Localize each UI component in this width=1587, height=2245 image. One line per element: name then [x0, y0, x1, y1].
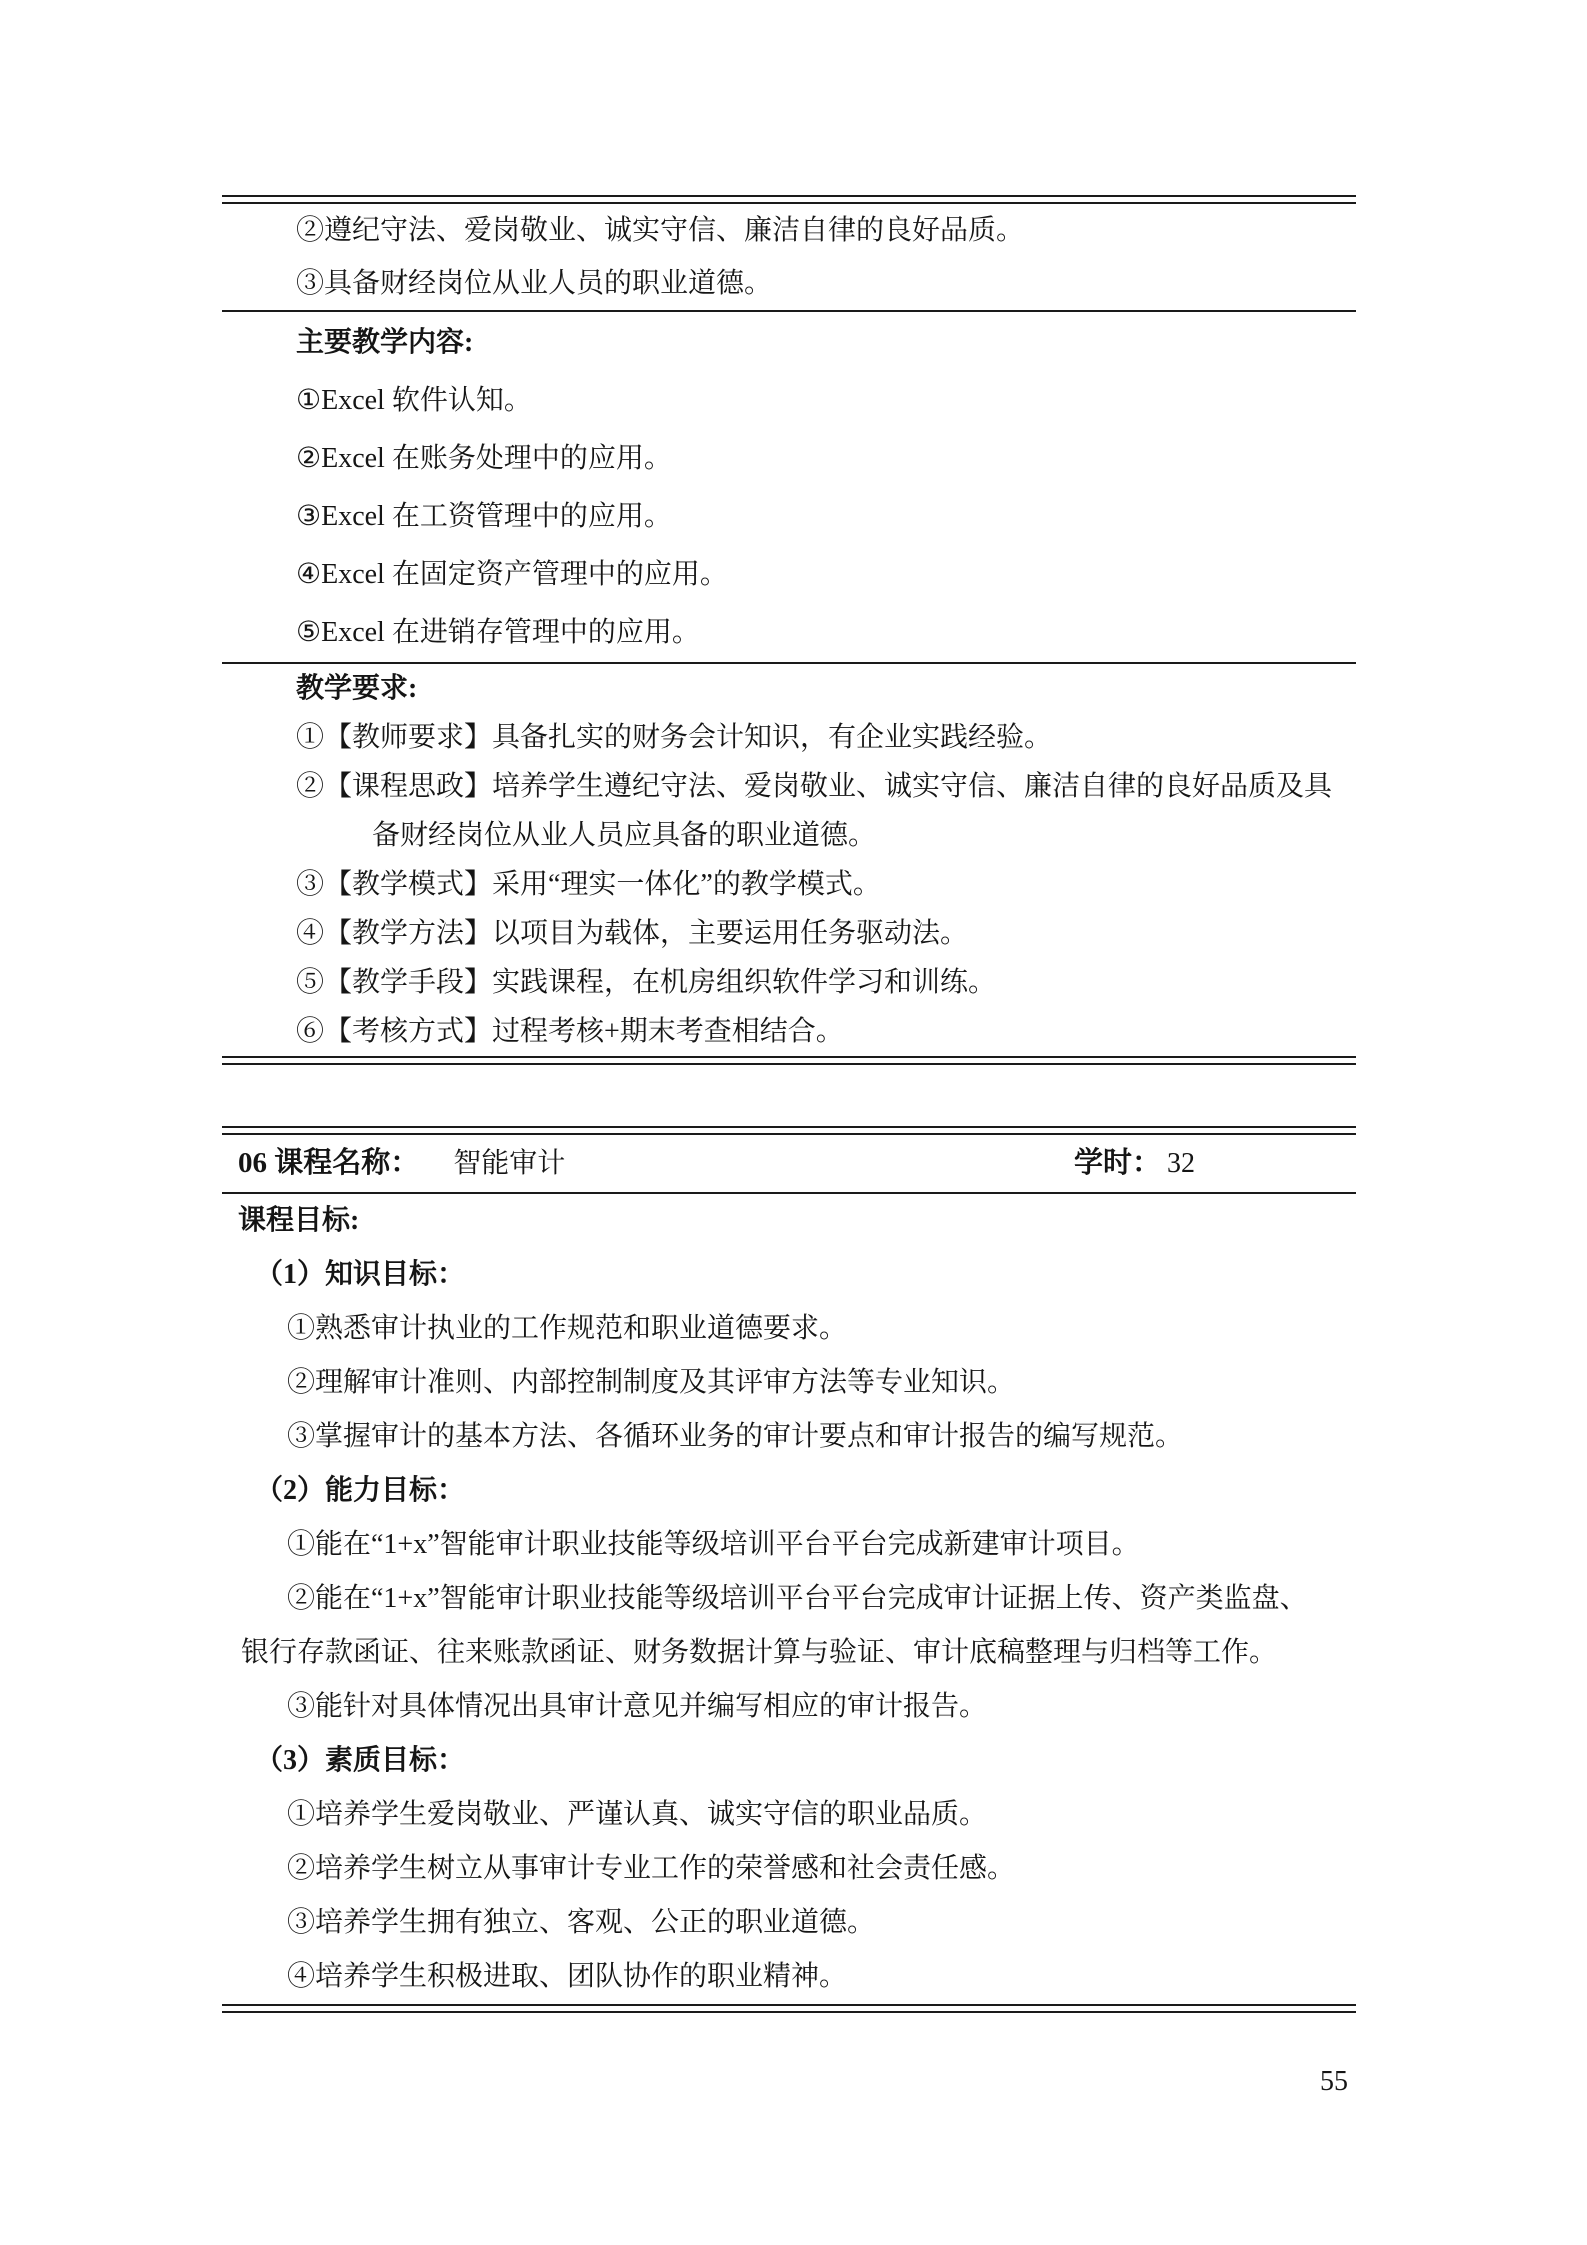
knowledge-objective-item: ②理解审计准则、内部控制制度及其评审方法等专业知识。	[222, 1356, 1356, 1410]
page-number: 55	[1320, 2062, 1348, 2102]
quality-objective-item: ②培养学生树立从事审计专业工作的荣誉感和社会责任感。	[222, 1842, 1356, 1896]
course-table-top-double-rule	[222, 1126, 1356, 1135]
course-syllabus-body: ②遵纪守法、爱岗敬业、诚实守信、廉洁自律的良好品质。 ③具备财经岗位从业人员的职…	[222, 195, 1356, 2013]
course-objectives-heading: 课程目标:	[222, 1194, 1356, 1248]
knowledge-objectives-heading: （1）知识目标：	[222, 1248, 1356, 1302]
requirement-item: ③【教学模式】采用“理实一体化”的教学模式。	[222, 860, 1356, 909]
knowledge-objective-item: ③掌握审计的基本方法、各循环业务的审计要点和审计报告的编写规范。	[222, 1410, 1356, 1464]
hours-value: 32	[1167, 1148, 1195, 1179]
ability-objective-item-continuation: 银行存款函证、往来账款函证、财务数据计算与验证、审计底稿整理与归档等工作。	[222, 1626, 1356, 1680]
course-name: 智能审计	[453, 1148, 565, 1179]
teaching-content-item: ①Excel 软件认知。	[222, 372, 1356, 430]
requirement-item: ⑥【考核方式】过程考核+期末考查相结合。	[222, 1007, 1356, 1056]
document-page: ②遵纪守法、爱岗敬业、诚实守信、廉洁自律的良好品质。 ③具备财经岗位从业人员的职…	[0, 0, 1587, 2245]
ability-objectives-heading: （2）能力目标：	[222, 1464, 1356, 1518]
quality-item: ②遵纪守法、爱岗敬业、诚实守信、廉洁自律的良好品质。	[222, 204, 1356, 257]
teaching-content-item: ②Excel 在账务处理中的应用。	[222, 430, 1356, 488]
course-table-bottom-double-rule	[222, 2004, 1356, 2013]
quality-objective-item: ①培养学生爱岗敬业、严谨认真、诚实守信的职业品质。	[222, 1788, 1356, 1842]
knowledge-objective-item: ①熟悉审计执业的工作规范和职业道德要求。	[222, 1302, 1356, 1356]
table-gap	[222, 1065, 1356, 1126]
requirement-item: ①【教师要求】具备扎实的财务会计知识，有企业实践经验。	[222, 713, 1356, 762]
requirement-item: ⑤【教学手段】实践课程，在机房组织软件学习和训练。	[222, 958, 1356, 1007]
ability-objective-item: ①能在“1+x”智能审计职业技能等级培训平台平台完成新建审计项目。	[222, 1518, 1356, 1572]
ability-objective-item: ②能在“1+x”智能审计职业技能等级培训平台平台完成审计证据上传、资产类监盘、	[222, 1572, 1356, 1626]
quality-objective-item: ③培养学生拥有独立、客观、公正的职业道德。	[222, 1896, 1356, 1950]
quality-objectives-heading: （3）素质目标：	[222, 1734, 1356, 1788]
previous-section-tail-cell: ②遵纪守法、爱岗敬业、诚实守信、廉洁自律的良好品质。 ③具备财经岗位从业人员的职…	[222, 204, 1356, 310]
table-top-double-rule	[222, 195, 1356, 204]
requirement-item: ②【课程思政】培养学生遵纪守法、爱岗敬业、诚实守信、廉洁自律的良好品质及具	[222, 762, 1356, 811]
teaching-requirements-heading: 教学要求:	[222, 664, 1356, 713]
hours-label: 学时：	[1074, 1147, 1161, 1179]
quality-objective-item: ④培养学生积极进取、团队协作的职业精神。	[222, 1950, 1356, 2004]
requirement-item-continuation: 备财经岗位从业人员应具备的职业道德。	[222, 811, 1356, 860]
teaching-content-item: ③Excel 在工资管理中的应用。	[222, 488, 1356, 546]
requirement-item: ④【教学方法】以项目为载体，主要运用任务驱动法。	[222, 909, 1356, 958]
course-hours: 学时：32	[1074, 1135, 1195, 1196]
course-objectives-cell: 课程目标: （1）知识目标： ①熟悉审计执业的工作规范和职业道德要求。 ②理解审…	[222, 1194, 1356, 2004]
teaching-content-cell: 主要教学内容: ①Excel 软件认知。 ②Excel 在账务处理中的应用。 ③…	[222, 312, 1356, 662]
ability-objective-item: ③能针对具体情况出具审计意见并编写相应的审计报告。	[222, 1680, 1356, 1734]
teaching-content-heading: 主要教学内容:	[222, 314, 1356, 372]
teaching-content-item: ⑤Excel 在进销存管理中的应用。	[222, 604, 1356, 662]
teaching-requirements-cell: 教学要求: ①【教师要求】具备扎实的财务会计知识，有企业实践经验。 ②【课程思政…	[222, 664, 1356, 1056]
course-number-label: 06 课程名称：	[222, 1147, 419, 1179]
quality-item: ③具备财经岗位从业人员的职业道德。	[222, 257, 1356, 310]
table-bottom-double-rule	[222, 1056, 1356, 1065]
course-header-row: 06 课程名称：智能审计 学时：32	[222, 1135, 1356, 1192]
teaching-content-item: ④Excel 在固定资产管理中的应用。	[222, 546, 1356, 604]
